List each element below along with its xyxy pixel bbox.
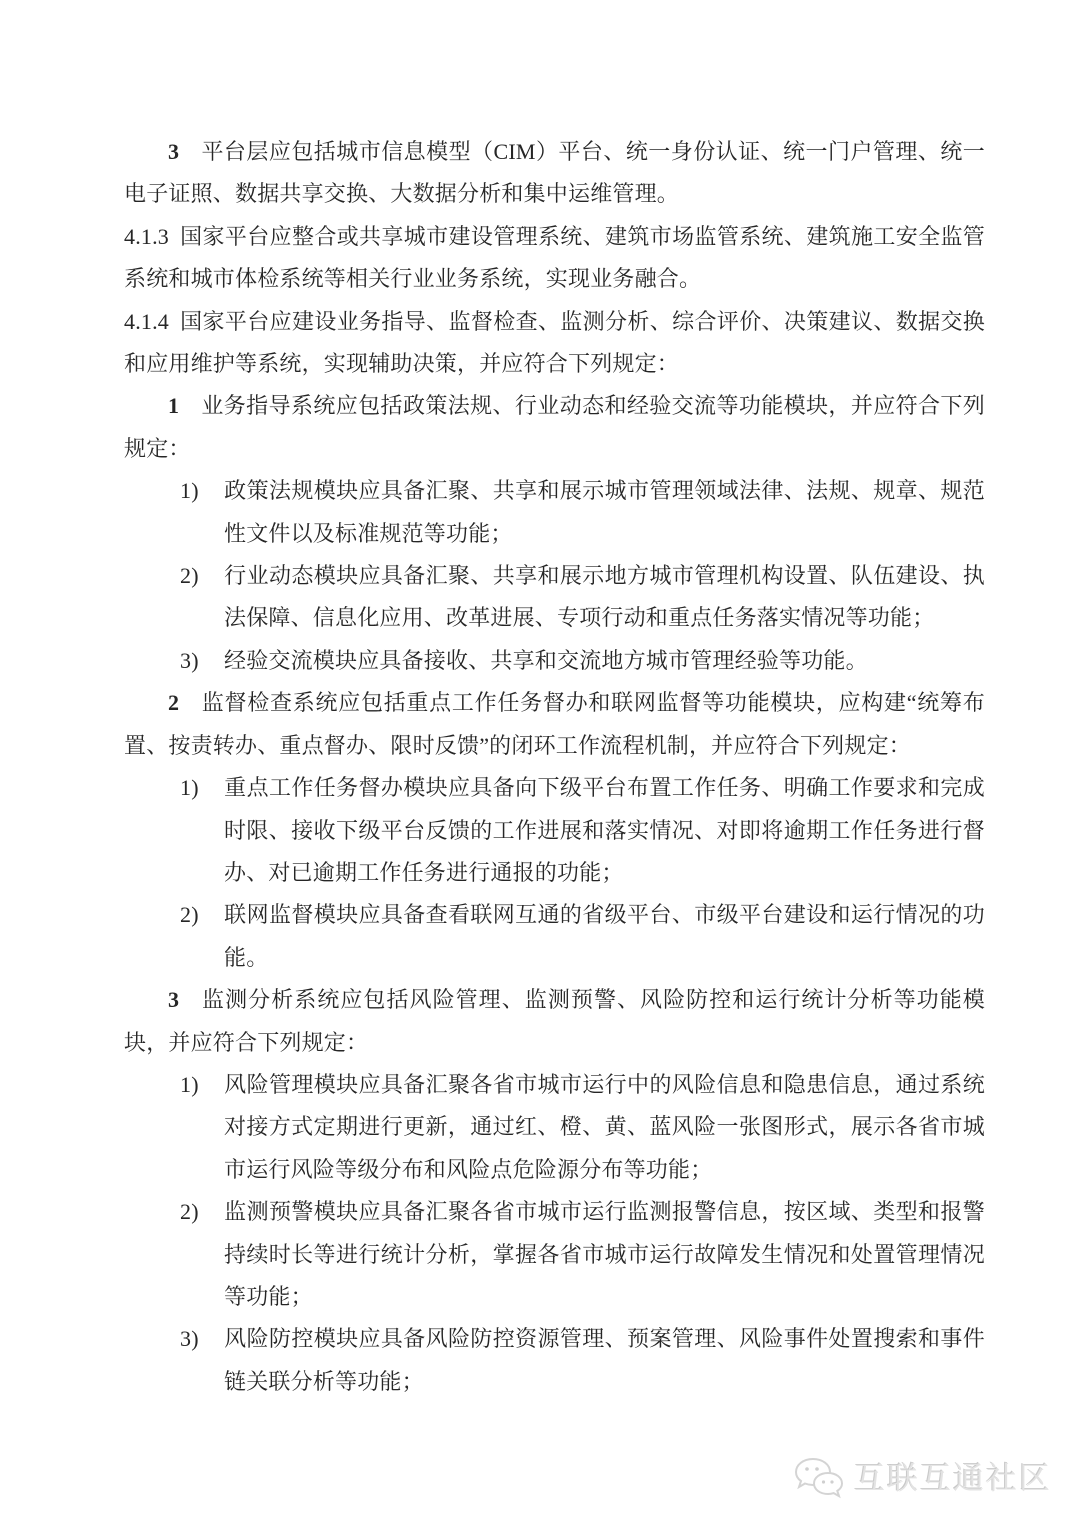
document-body: 3平台层应包括城市信息模型（CIM）平台、统一身份认证、统一门户管理、统一电子证… xyxy=(124,131,985,1403)
clause-paragraph: 4.1.4国家平台应建设业务指导、监督检查、监测分析、综合评价、决策建议、数据交… xyxy=(124,301,985,386)
paragraph-text: 国家平台应建设业务指导、监督检查、监测分析、综合评价、决策建议、数据交换和应用维… xyxy=(124,309,985,376)
item-paragraph: 1业务指导系统应包括政策法规、行业动态和经验交流等功能模块，并应符合下列规定： xyxy=(124,385,985,470)
item-paragraph: 3监测分析系统应包括风险管理、监测预警、风险防控和运行统计分析等功能模块，并应符… xyxy=(124,979,985,1064)
paragraph-number: 1) xyxy=(180,1064,224,1106)
watermark-label: 互联互通社区 xyxy=(854,1463,1052,1494)
sub-paragraph: 3)经验交流模块应具备接收、共享和交流地方城市管理经验等功能。 xyxy=(180,640,985,682)
paragraph-number: 3 xyxy=(168,139,179,164)
sub-paragraph: 2)行业动态模块应具备汇聚、共享和展示地方城市管理机构设置、队伍建设、执法保障、… xyxy=(180,555,985,640)
paragraph-text: 联网监督模块应具备查看联网互通的省级平台、市级平台建设和运行情况的功能。 xyxy=(224,902,985,969)
paragraph-text: 行业动态模块应具备汇聚、共享和展示地方城市管理机构设置、队伍建设、执法保障、信息… xyxy=(224,563,985,630)
paragraph-text: 业务指导系统应包括政策法规、行业动态和经验交流等功能模块，并应符合下列规定： xyxy=(124,393,985,460)
paragraph-number: 2 xyxy=(168,690,179,715)
paragraph-number: 1) xyxy=(180,470,224,512)
paragraph-number: 2) xyxy=(180,1191,224,1233)
paragraph-number: 1) xyxy=(180,767,224,809)
paragraph-number: 3) xyxy=(180,640,224,682)
paragraph-text: 重点工作任务督办模块应具备向下级平台布置工作任务、明确工作要求和完成时限、接收下… xyxy=(224,775,985,885)
sub-paragraph: 2)联网监督模块应具备查看联网互通的省级平台、市级平台建设和运行情况的功能。 xyxy=(180,894,985,979)
paragraph-text: 平台层应包括城市信息模型（CIM）平台、统一身份认证、统一门户管理、统一电子证照… xyxy=(124,139,985,206)
sub-paragraph: 2)监测预警模块应具备汇聚各省市城市运行监测报警信息，按区域、类型和报警持续时长… xyxy=(180,1191,985,1318)
item-paragraph: 3平台层应包括城市信息模型（CIM）平台、统一身份认证、统一门户管理、统一电子证… xyxy=(124,131,985,216)
sub-paragraph: 1)政策法规模块应具备汇聚、共享和展示城市管理领域法律、法规、规章、规范性文件以… xyxy=(180,470,985,555)
paragraph-text: 经验交流模块应具备接收、共享和交流地方城市管理经验等功能。 xyxy=(224,648,868,673)
watermark: 互联互通社区 xyxy=(792,1456,1052,1501)
paragraph-number: 2) xyxy=(180,894,224,936)
paragraph-text: 监督检查系统应包括重点工作任务督办和联网监督等功能模块，应构建“统筹布置、按责转… xyxy=(124,690,985,757)
item-paragraph: 2监督检查系统应包括重点工作任务督办和联网监督等功能模块，应构建“统筹布置、按责… xyxy=(124,682,985,767)
paragraph-text: 监测分析系统应包括风险管理、监测预警、风险防控和运行统计分析等功能模块，并应符合… xyxy=(124,987,985,1054)
paragraph-number: 4.1.3 xyxy=(124,224,169,249)
paragraph-number: 1 xyxy=(168,393,179,418)
paragraph-text: 风险防控模块应具备风险防控资源管理、预案管理、风险事件处置搜索和事件链关联分析等… xyxy=(224,1326,985,1393)
paragraph-text: 政策法规模块应具备汇聚、共享和展示城市管理领域法律、法规、规章、规范性文件以及标… xyxy=(224,478,985,545)
paragraph-text: 国家平台应整合或共享城市建设管理系统、建筑市场监管系统、建筑施工安全监管系统和城… xyxy=(124,224,985,291)
paragraph-text: 风险管理模块应具备汇聚各省市城市运行中的风险信息和隐患信息，通过系统对接方式定期… xyxy=(224,1072,985,1182)
paragraph-number: 4.1.4 xyxy=(124,309,169,334)
sub-paragraph: 3)风险防控模块应具备风险防控资源管理、预案管理、风险事件处置搜索和事件链关联分… xyxy=(180,1318,985,1403)
clause-paragraph: 4.1.3国家平台应整合或共享城市建设管理系统、建筑市场监管系统、建筑施工安全监… xyxy=(124,216,985,301)
paragraph-text: 监测预警模块应具备汇聚各省市城市运行监测报警信息，按区域、类型和报警持续时长等进… xyxy=(224,1199,985,1309)
paragraph-number: 3 xyxy=(168,987,179,1012)
paragraph-number: 3) xyxy=(180,1318,224,1360)
sub-paragraph: 1)风险管理模块应具备汇聚各省市城市运行中的风险信息和隐患信息，通过系统对接方式… xyxy=(180,1064,985,1191)
sub-paragraph: 1)重点工作任务督办模块应具备向下级平台布置工作任务、明确工作要求和完成时限、接… xyxy=(180,767,985,894)
paragraph-number: 2) xyxy=(180,555,224,597)
document-page: { "page": { "background": "#ffffff", "te… xyxy=(0,0,1080,1529)
wechat-chat-bubbles-icon xyxy=(792,1456,846,1501)
